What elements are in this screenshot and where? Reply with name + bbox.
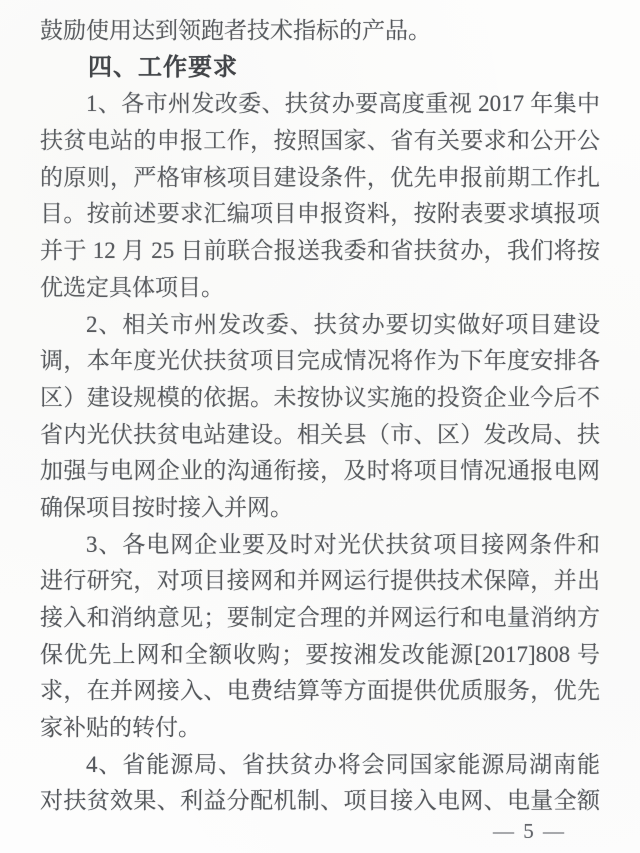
body-text-line: 2、相关市州发改委、扶贫办要切实做好项目建设的组织协 <box>40 307 600 344</box>
body-text-line: 省内光伏扶贫电站建设。相关县（市、区）发改局、扶贫办要 <box>40 417 600 454</box>
body-text-line: 对扶贫效果、利益分配机制、项目接入电网、电量全额保障性 <box>40 783 600 820</box>
body-text-line: 鼓励使用达到领跑者技术指标的产品。 <box>40 13 600 50</box>
body-text-line: 的原则，严格审核项目建设条件，优先申报前期工作扎实的项 <box>40 160 600 197</box>
body-text-line: 区）建设规模的依据。未按协议实施的投资企业今后不得参与 <box>40 380 600 417</box>
body-text-line: 优选定具体项目。 <box>40 270 600 307</box>
body-text-line: 并于 12 月 25 日前联合报送我委和省扶贫办，我们将按程序择 <box>40 233 600 270</box>
body-text-line: 扶贫电站的申报工作，按照国家、省有关要求和公开公平公正 <box>40 123 600 160</box>
body-text-line: 4、省能源局、省扶贫办将会同国家能源局湖南能监办加强 <box>40 747 600 784</box>
body-text-line: 求，在并网接入、电费结算等方面提供优质服务，优先安排国 <box>40 673 600 710</box>
body-text-line: 保优先上网和全额收购；要按湘发改能源[2017]808 号文件要 <box>40 637 600 674</box>
section-heading: 四、工作要求 <box>40 50 600 87</box>
body-text-line: 接入和消纳意见；要制定合理的并网运行和电量消纳方案，确 <box>40 600 600 637</box>
body-text-line: 家补贴的转付。 <box>40 710 600 747</box>
page-number: — 5 — <box>493 818 566 844</box>
body-text-line: 调，本年度光伏扶贫项目完成情况将作为下年度安排各县（市、 <box>40 343 600 380</box>
document-page: 鼓励使用达到领跑者技术指标的产品。 四、工作要求 1、各市州发改委、扶贫办要高度… <box>0 0 640 853</box>
body-text-line: 目。按前述要求汇编项目申报资料，按附表要求填报项目情况， <box>40 196 600 233</box>
body-text-line: 确保项目按时接入并网。 <box>40 490 600 527</box>
body-text-line: 加强与电网企业的沟通衔接，及时将项目情况通报电网企业， <box>40 453 600 490</box>
body-text-line: 进行研究，对项目接网和并网运行提供技术保障，并出具电网 <box>40 563 600 600</box>
body-text-line: 3、各电网企业要及时对光伏扶贫项目接网条件和消纳方案 <box>40 527 600 564</box>
body-text-line: 1、各市州发改委、扶贫办要高度重视 2017 年集中式光伏 <box>40 86 600 123</box>
